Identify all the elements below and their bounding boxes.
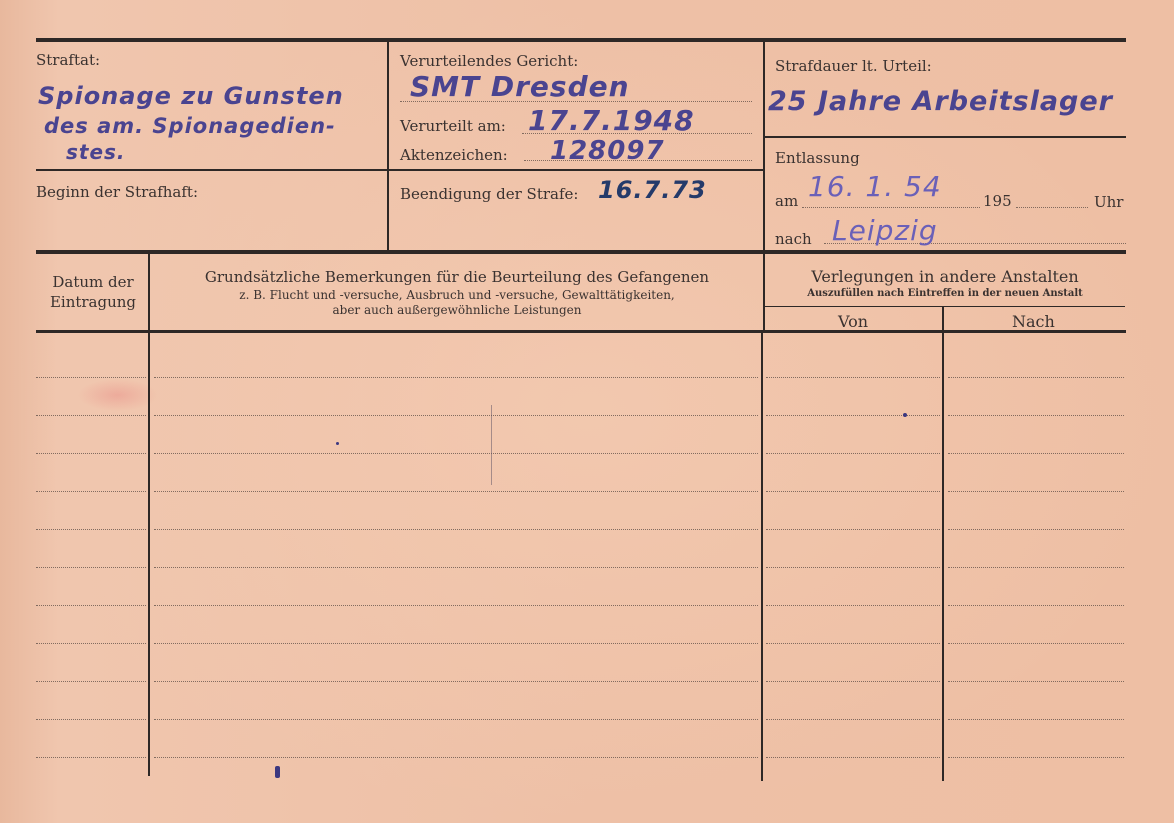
table-row-line — [766, 567, 940, 568]
header-datum-line1: Datum der — [36, 272, 150, 292]
table-row-line — [766, 681, 940, 682]
header-verlegungen-sub: Auszufüllen nach Eintreffen in der neuen… — [765, 288, 1125, 300]
entlassung-nach-value: Leipzig — [832, 214, 938, 247]
entlassung-year-dotted-line — [1016, 207, 1088, 208]
table-divider-datum — [148, 254, 150, 776]
table-row-line — [154, 681, 758, 682]
entlassung-am-label: am — [775, 192, 798, 210]
header-bemerkungen-sub1: z. B. Flucht und -versuche, Ausbruch und… — [152, 288, 762, 303]
table-row-line — [36, 605, 146, 606]
table-row-line — [154, 491, 758, 492]
table-row-line — [36, 377, 146, 378]
verurteilt-label: Verurteilt am: — [400, 117, 506, 135]
ink-speck — [336, 442, 339, 445]
table-row-line — [36, 757, 146, 758]
table-row-line — [766, 529, 940, 530]
table-divider-bemerkungen — [761, 333, 763, 781]
table-row-line — [948, 719, 1124, 720]
strafdauer-value: 25 Jahre Arbeitslager — [768, 86, 1113, 117]
mid-line-right — [763, 136, 1126, 138]
table-row-line — [36, 415, 146, 416]
table-row-line — [766, 719, 940, 720]
table-row-line — [766, 453, 940, 454]
table-row-line — [154, 453, 758, 454]
table-row-line — [948, 643, 1124, 644]
table-row-line — [36, 643, 146, 644]
verurteilt-value: 17.7.1948 — [528, 104, 695, 137]
table-row-line — [766, 643, 940, 644]
table-row-line — [154, 605, 758, 606]
header-datum: Datum der Eintragung — [36, 272, 150, 312]
table-row-line — [154, 719, 758, 720]
table-divider-von — [942, 307, 944, 781]
entlassung-am-dotted-line — [802, 207, 980, 208]
table-row-line — [154, 415, 758, 416]
table-row-line — [36, 529, 146, 530]
mid-line-left — [36, 169, 763, 171]
table-row-line — [36, 491, 146, 492]
table-row-line — [766, 377, 940, 378]
top-border-line — [36, 38, 1126, 42]
ink-speck — [903, 413, 907, 417]
header-datum-line2: Eintragung — [36, 292, 150, 312]
table-row-line — [154, 377, 758, 378]
beendigung-value: 16.7.73 — [598, 176, 707, 204]
table-row-line — [948, 681, 1124, 682]
gericht-dotted-line — [400, 101, 752, 102]
pencil-mark — [491, 405, 492, 485]
header-von: Von — [838, 312, 868, 331]
table-row-line — [766, 415, 940, 416]
table-row-line — [154, 757, 758, 758]
aktenzeichen-value: 128097 — [550, 136, 665, 166]
entlassung-year-prefix: 195 — [983, 192, 1012, 210]
beendigung-label: Beendigung der Strafe: — [400, 185, 578, 203]
table-row-line — [948, 567, 1124, 568]
straftat-value-line2: des am. Spionagedien- — [44, 114, 336, 138]
header-bemerkungen-sub2: aber auch außergewöhnliche Leistungen — [152, 303, 762, 318]
header-nach: Nach — [1012, 312, 1055, 331]
table-row-line — [948, 605, 1124, 606]
table-row-line — [154, 529, 758, 530]
table-row-line — [948, 757, 1124, 758]
entlassung-label: Entlassung — [775, 149, 860, 167]
table-row-line — [36, 453, 146, 454]
table-row-line — [948, 453, 1124, 454]
header-verlegungen: Verlegungen in andere Anstalten Auszufül… — [765, 266, 1125, 300]
table-row-line — [766, 605, 940, 606]
gericht-value: SMT Dresden — [410, 70, 630, 103]
table-row-line — [948, 529, 1124, 530]
table-row-line — [36, 719, 146, 720]
entlassung-uhr-label: Uhr — [1094, 193, 1123, 211]
entlassung-am-value: 16. 1. 54 — [808, 170, 942, 203]
header-bottom-line — [36, 330, 1126, 333]
straftat-label: Straftat: — [36, 51, 100, 69]
table-row-line — [36, 567, 146, 568]
table-row-line — [948, 377, 1124, 378]
straftat-value-line1: Spionage zu Gunsten — [38, 82, 344, 110]
strafdauer-label: Strafdauer lt. Urteil: — [775, 57, 932, 75]
straftat-value-line3: stes. — [66, 140, 126, 164]
table-row-line — [766, 757, 940, 758]
beginn-label: Beginn der Strafhaft: — [36, 183, 198, 201]
header-verlegungen-title: Verlegungen in andere Anstalten — [765, 266, 1125, 288]
table-row-line — [948, 491, 1124, 492]
table-row-line — [36, 681, 146, 682]
table-row-line — [154, 567, 758, 568]
verlegungen-subheader-line — [765, 306, 1125, 307]
table-row-line — [766, 491, 940, 492]
header-bemerkungen-title: Grundsätzliche Bemerkungen für die Beurt… — [152, 266, 762, 288]
gericht-label: Verurteilendes Gericht: — [400, 52, 578, 70]
header-bemerkungen: Grundsätzliche Bemerkungen für die Beurt… — [152, 266, 762, 318]
entlassung-nach-label: nach — [775, 230, 812, 248]
section-divider-line — [36, 250, 1126, 254]
aktenzeichen-label: Aktenzeichen: — [400, 146, 508, 164]
table-row-line — [154, 643, 758, 644]
table-row-line — [948, 415, 1124, 416]
ink-speck — [275, 766, 280, 778]
divider-col1 — [387, 42, 389, 252]
